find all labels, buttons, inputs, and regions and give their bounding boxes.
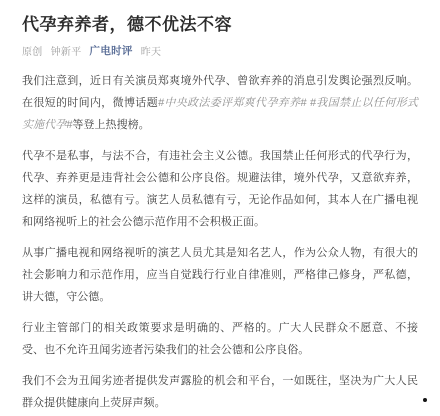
paragraph: 行业主管部门的相关政策要求是明确的、严格的。广大人民群众不愿意、不接受、也不允许… [22, 317, 418, 361]
article-title: 代孕弃养者，德不优法不容 [22, 12, 418, 38]
paragraph-text: 等登上热搜榜。 [72, 119, 149, 131]
article-body: 我们注意到，近日有关演员郑爽境外代孕、曾欲弃养的消息引发舆论强烈反响。在很短的时… [22, 70, 418, 414]
paragraph: 代孕不是私事，与法不合，有违社会主义公德。我国禁止任何形式的代孕行为，代孕、弃养… [22, 145, 418, 233]
paragraph: 我们不会为丑闻劣迹者提供发声露脸的机会和平台，一如既往，坚决为广大人民群众提供健… [22, 370, 418, 414]
paragraph-text: 从事广播电视和网络视听的演艺人员尤其是知名艺人，作为公众人物，有很大的社会影响力… [22, 247, 418, 303]
author-name[interactable]: 钟新平 [51, 43, 82, 58]
paragraph-text: 代孕不是私事，与法不合，有违社会主义公德。我国禁止任何形式的代孕行为，代孕、弃养… [22, 150, 418, 228]
paragraph: 从事广播电视和网络视听的演艺人员尤其是知名艺人，作为公众人物，有很大的社会影响力… [22, 242, 418, 308]
publish-time: 昨天 [141, 43, 162, 58]
byline: 原创 钟新平 广电时评 昨天 [22, 43, 418, 57]
paragraph-text: 我们不会为丑闻劣迹者提供发声露脸的机会和平台，一如既往，坚决为广大人民群众提供健… [22, 375, 418, 409]
account-link[interactable]: 广电时评 [90, 43, 133, 58]
original-tag: 原创 [22, 43, 43, 58]
article-page: 代孕弃养者，德不优法不容 原创 钟新平 广电时评 昨天 我们注意到，近日有关演员… [0, 0, 440, 416]
paragraph-text: 行业主管部门的相关政策要求是明确的、严格的。广大人民群众不愿意、不接受、也不允许… [22, 322, 418, 356]
bottom-corner-dot [423, 398, 427, 402]
paragraph: 我们注意到，近日有关演员郑爽境外代孕、曾欲弃养的消息引发舆论强烈反响。在很短的时… [22, 70, 418, 136]
